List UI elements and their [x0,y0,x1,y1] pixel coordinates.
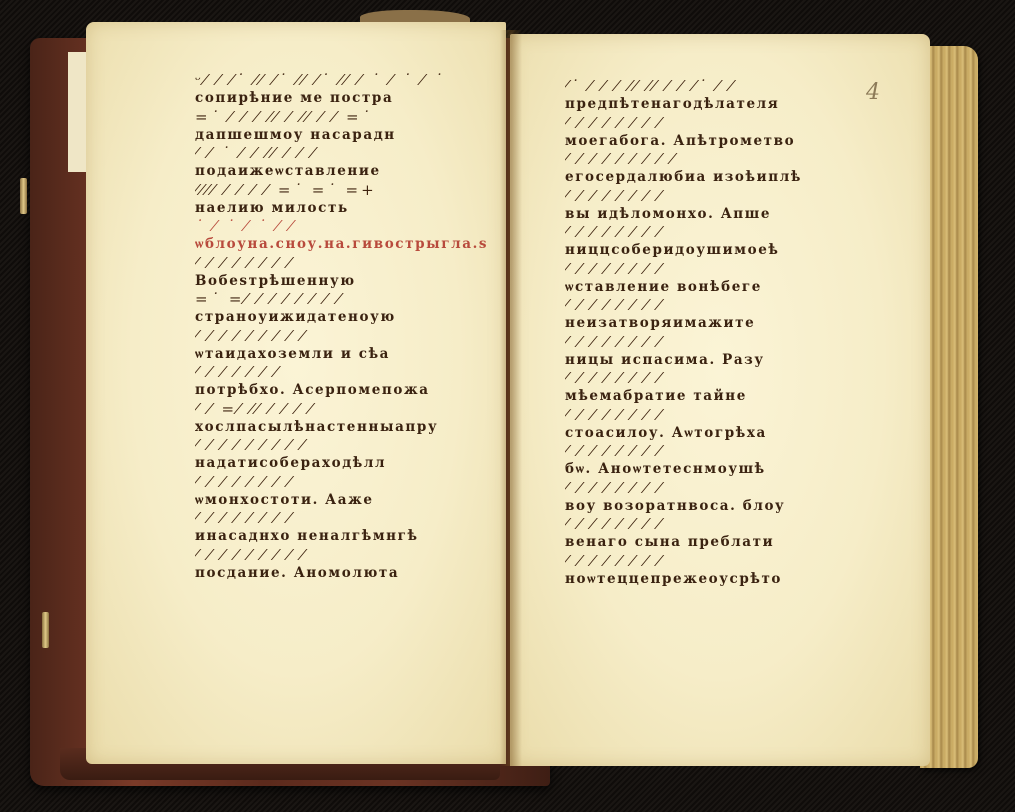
neume-row: ⁄ ⁄ ⁄ ⁄ ⁄ ⁄ ⁄ ⁄ ⁄ [195,435,495,455]
text-row: инасаднхо неналгѣмнгѣ [195,528,495,544]
neume-row: ⁄ ⁄ ⁄ ⁄ ⁄ ⁄ ⁄ ⁄ [565,113,875,133]
neume-row: ⁄ ⁄ ⁄ ⁄ ⁄ ⁄ ⁄ ⁄ ⁄ [565,149,875,169]
neume-row: ⁄ ⁄ ⁄ ⁄ ⁄ ⁄ ⁄ ⁄ [565,405,875,425]
neume-row: ⁄˙ ⁄ ⁄ ⁄ ⁄⁄ ⁄⁄ ⁄ ⁄ ⁄˙ ⁄ ⁄ [565,76,875,96]
neume-row: ⁄ ⁄ ⁄ ⁄ ⁄ ⁄ ⁄ ⁄ [565,332,875,352]
neume-row: ⁄ ⁄ ⁄ ⁄ ⁄ ⁄ ⁄ ⁄ ⁄ [195,326,495,346]
neume-row: ᵕ⁄ ⁄ ⁄˙ ⁄⁄ ⁄˙ ⁄⁄ ⁄˙ ⁄⁄ ⁄ ˙ ⁄ ˙ ⁄ ˙ [195,70,495,90]
text-line: ⁄ ⁄ ⁄ ⁄ ⁄ ⁄ ⁄ ⁄ ⁄ѡтаидахоземли и сѣа [195,326,495,363]
text-row: потрѣбхо. Асерпомепожа [195,382,495,398]
neume-row: =˙ =⁄ ⁄ ⁄ ⁄ ⁄ ⁄ ⁄ ⁄ [195,289,495,309]
clasp-pin-bottom [42,612,49,648]
text-row: надатисобераходѣлл [195,455,495,471]
right-page-text: ⁄˙ ⁄ ⁄ ⁄ ⁄⁄ ⁄⁄ ⁄ ⁄ ⁄˙ ⁄ ⁄предпѣтенагодѣл… [565,76,875,587]
text-line: ⁄ ⁄ =⁄ ⁄⁄ ⁄ ⁄ ⁄ ⁄хослпасылѣнастенныапру [195,399,495,436]
text-line: ⁄ ⁄ ⁄ ⁄ ⁄ ⁄ ⁄ ⁄ницы испасима. Разу [565,332,875,369]
text-row: Вобеѕтрѣшенную [195,273,495,289]
neume-row: ⁄ ⁄ ⁄ ⁄ ⁄ ⁄ ⁄ ⁄ [565,259,875,279]
text-line: ⁄ ⁄ ⁄ ⁄ ⁄ ⁄ ⁄ ⁄ноѡтеццепрежеоусрѣто [565,551,875,588]
text-line: ⁄ ⁄ ⁄ ⁄ ⁄ ⁄ ⁄ ⁄моегабога. Апѣтрометво [565,113,875,150]
clasp-pin-top [20,178,27,214]
text-row: ницы испасима. Разу [565,352,875,368]
text-line: ⁄ ⁄ ⁄ ⁄ ⁄ ⁄ ⁄потрѣбхо. Асерпомепожа [195,362,495,399]
left-page-text: ᵕ⁄ ⁄ ⁄˙ ⁄⁄ ⁄˙ ⁄⁄ ⁄˙ ⁄⁄ ⁄ ˙ ⁄ ˙ ⁄ ˙сопирѣ… [195,70,495,581]
text-line: ᵕ⁄ ⁄ ⁄˙ ⁄⁄ ⁄˙ ⁄⁄ ⁄˙ ⁄⁄ ⁄ ˙ ⁄ ˙ ⁄ ˙сопирѣ… [195,70,495,107]
text-row: неизатворяимажите [565,315,875,331]
text-row: венаго сына преблати [565,534,875,550]
text-line: ⁄ ⁄ ⁄ ⁄ ⁄ ⁄ ⁄ ⁄ниццсоберидоушимоеѣ [565,222,875,259]
text-line: ⁄ ⁄ ⁄ ⁄ ⁄ ⁄ ⁄ ⁄воу возоратнвоса. блоу [565,478,875,515]
text-row: егосердалюбиа изоѣиплѣ [565,169,875,185]
neume-row: ⁄ ⁄ ⁄ ⁄ ⁄ ⁄ ⁄ ⁄ [565,551,875,571]
text-row: воу возоратнвоса. блоу [565,498,875,514]
neume-row: ⁄ ⁄ ⁄ ⁄ ⁄ ⁄ ⁄ ⁄ [565,368,875,388]
text-line: ⁄ ⁄ ⁄ ⁄ ⁄ ⁄ ⁄ ⁄ ⁄надатисобераходѣлл [195,435,495,472]
text-row: ѡтаидахоземли и сѣа [195,346,495,362]
text-row: ѡмонхостоти. Ааже [195,492,495,508]
neume-row: ⁄ ⁄ ⁄ ⁄ ⁄ ⁄ ⁄ [195,362,495,382]
rubric-line: ˙ ⁄ ˙ ⁄ ˙ ⁄ ⁄ѡблоуна.сноу.на.гивострыгла… [195,216,495,253]
text-line: ⁄ ⁄ ⁄ ⁄ ⁄ ⁄ ⁄ ⁄ѡмонхостоти. Ааже [195,472,495,509]
text-line: ⁄ ⁄ ⁄ ⁄ ⁄ ⁄ ⁄ ⁄бѡ. Аноѡтетеснмоушѣ [565,441,875,478]
text-line: ⁄ ⁄ ⁄ ⁄ ⁄ ⁄ ⁄ ⁄мѣемабратие тайне [565,368,875,405]
text-line: =˙ ⁄ ⁄ ⁄ ⁄⁄ ⁄ ⁄⁄ ⁄ ⁄ =˙дапшешмоу насарад… [195,107,495,144]
text-row: предпѣтенагодѣлателя [565,96,875,112]
text-row: сопирѣние ме постра [195,90,495,106]
neume-row: ⁄ ⁄ ⁄ ⁄ ⁄ ⁄ ⁄ ⁄ [565,222,875,242]
neume-row: ⁄ ⁄ ⁄ ⁄ ⁄ ⁄ ⁄ ⁄ [565,478,875,498]
text-line: ⁄ ⁄ ⁄ ⁄ ⁄ ⁄ ⁄ ⁄вы идѣломонхо. Апше [565,186,875,223]
text-row: наелию милость [195,200,495,216]
neume-row: ⁄ ⁄ ⁄ ⁄ ⁄ ⁄ ⁄ ⁄ ⁄ [195,545,495,565]
text-row: страноуижидатеноую [195,309,495,325]
text-row: вы идѣломонхо. Апше [565,206,875,222]
text-row: посдание. Аномолюта [195,565,495,581]
text-row: моегабога. Апѣтрометво [565,133,875,149]
neume-row: ⁄ ⁄ ⁄ ⁄ ⁄ ⁄ ⁄ ⁄ [565,186,875,206]
text-row: ноѡтеццепрежеоусрѣто [565,571,875,587]
text-line: ⁄˙ ⁄ ⁄ ⁄ ⁄⁄ ⁄⁄ ⁄ ⁄ ⁄˙ ⁄ ⁄предпѣтенагодѣл… [565,76,875,113]
neume-row: ⁄ ⁄ ⁄ ⁄ ⁄ ⁄ ⁄ ⁄ [565,514,875,534]
text-row: ниццсоберидоушимоеѣ [565,242,875,258]
neume-row: ⁄ ⁄ ⁄ ⁄ ⁄ ⁄ ⁄ ⁄ [195,508,495,528]
neume-row: ⁄ ⁄ =⁄ ⁄⁄ ⁄ ⁄ ⁄ ⁄ [195,399,495,419]
text-line: ⁄ ⁄ ⁄ ⁄ ⁄ ⁄ ⁄ ⁄Вобеѕтрѣшенную [195,253,495,290]
neume-row: =˙ ⁄ ⁄ ⁄ ⁄⁄ ⁄ ⁄⁄ ⁄ ⁄ =˙ [195,107,495,127]
text-line: ⁄ ⁄ ˙ ⁄ ⁄ ⁄⁄ ⁄ ⁄ ⁄подаижеѡставление [195,143,495,180]
gutter [500,30,522,766]
text-line: ⁄⁄⁄⁄ ⁄ ⁄ ⁄ ⁄ =˙ =˙ =+наелию милость [195,180,495,217]
text-row: дапшешмоу насарадн [195,127,495,143]
text-line: ⁄ ⁄ ⁄ ⁄ ⁄ ⁄ ⁄ ⁄стоасилоу. Аѡтогрѣха [565,405,875,442]
neume-row: ⁄ ⁄ ⁄ ⁄ ⁄ ⁄ ⁄ ⁄ [565,441,875,461]
text-line: ⁄ ⁄ ⁄ ⁄ ⁄ ⁄ ⁄ ⁄венаго сына преблати [565,514,875,551]
text-row: ѡставление вонѣбеге [565,279,875,295]
neume-row: ⁄⁄⁄⁄ ⁄ ⁄ ⁄ ⁄ =˙ =˙ =+ [195,180,495,200]
text-row: хослпасылѣнастенныапру [195,419,495,435]
text-line: ⁄ ⁄ ⁄ ⁄ ⁄ ⁄ ⁄ ⁄неизатворяимажите [565,295,875,332]
neume-row: ⁄ ⁄ ⁄ ⁄ ⁄ ⁄ ⁄ ⁄ [195,253,495,273]
neume-row: ⁄ ⁄ ⁄ ⁄ ⁄ ⁄ ⁄ ⁄ [195,472,495,492]
text-line: ⁄ ⁄ ⁄ ⁄ ⁄ ⁄ ⁄ ⁄инасаднхо неналгѣмнгѣ [195,508,495,545]
text-line: ⁄ ⁄ ⁄ ⁄ ⁄ ⁄ ⁄ ⁄ѡставление вонѣбеге [565,259,875,296]
text-line: ⁄ ⁄ ⁄ ⁄ ⁄ ⁄ ⁄ ⁄ ⁄посдание. Аномолюта [195,545,495,582]
text-line: =˙ =⁄ ⁄ ⁄ ⁄ ⁄ ⁄ ⁄ ⁄страноуижидатеноую [195,289,495,326]
text-line: ⁄ ⁄ ⁄ ⁄ ⁄ ⁄ ⁄ ⁄ ⁄егосердалюбиа изоѣиплѣ [565,149,875,186]
rubric-text: ѡблоуна.сноу.на.гивострыгла.ѕ [195,236,495,252]
text-row: подаижеѡставление [195,163,495,179]
text-row: стоасилоу. Аѡтогрѣха [565,425,875,441]
neume-row: ⁄ ⁄ ˙ ⁄ ⁄ ⁄⁄ ⁄ ⁄ ⁄ [195,143,495,163]
text-row: бѡ. Аноѡтетеснмоушѣ [565,461,875,477]
neume-row: ˙ ⁄ ˙ ⁄ ˙ ⁄ ⁄ [195,216,495,236]
text-row: мѣемабратие тайне [565,388,875,404]
neume-row: ⁄ ⁄ ⁄ ⁄ ⁄ ⁄ ⁄ ⁄ [565,295,875,315]
